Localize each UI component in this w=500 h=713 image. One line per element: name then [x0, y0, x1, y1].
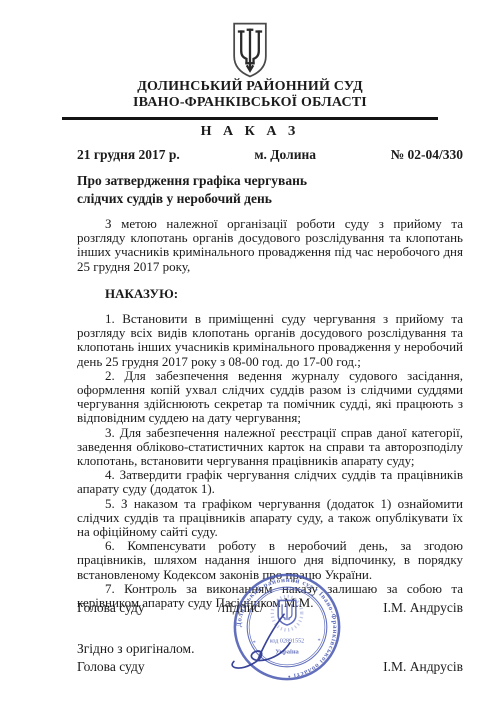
- svg-text:*: *: [253, 640, 256, 647]
- order-item-2: 2. Для забезпечення ведення журналу судо…: [77, 369, 463, 426]
- signature-row-2: Голова суду І.М. Андрусів: [77, 659, 463, 675]
- subject-line1: Про затвердження графіка чергувань: [77, 172, 307, 190]
- signer-title-1: Голова суду: [77, 600, 145, 615]
- signer-name-1: І.М. Андрусів: [383, 600, 463, 616]
- document-date: 21 грудня 2017 р.: [77, 147, 180, 163]
- order-item-5: 5. З наказом та графіком чергування (дод…: [77, 497, 463, 540]
- document-title: Н А К А З: [0, 124, 500, 140]
- court-name-line1: ДОЛИНСЬКИЙ РАЙОННИЙ СУД: [0, 79, 500, 95]
- order-word: НАКАЗУЮ:: [77, 287, 463, 301]
- subject-line2: слідчих суддів у неробочий день: [77, 190, 307, 208]
- order-item-3: 3. Для забезпечення належної реєстрації …: [77, 426, 463, 469]
- stamp-code-text: код 02891552: [270, 639, 304, 645]
- court-name-line2: ІВАНО-ФРАНКІВСЬКОЇ ОБЛАСТІ: [0, 95, 500, 111]
- document-number: № 02-04/330: [391, 147, 463, 163]
- order-item-1: 1. Встановити в приміщенні суду чергуван…: [77, 312, 463, 369]
- document-subject: Про затвердження графіка чергувань слідч…: [77, 172, 307, 207]
- document-body: З метою належної організації роботи суду…: [77, 217, 463, 610]
- header-divider: [62, 117, 438, 120]
- signer-title-2: Голова суду: [77, 659, 145, 675]
- document-meta-row: 21 грудня 2017 р. м. Долина № 02-04/330: [77, 147, 463, 163]
- order-item-4: 4. Затвердити графік чергування слідчих …: [77, 468, 463, 496]
- svg-text:*: *: [317, 638, 320, 645]
- document-place: м. Долина: [254, 147, 316, 163]
- preamble-paragraph: З метою належної організації роботи суду…: [77, 217, 463, 274]
- scanned-court-order-document: ДОЛИНСЬКИЙ РАЙОННИЙ СУД ІВАНО-ФРАНКІВСЬК…: [0, 0, 500, 713]
- court-name: ДОЛИНСЬКИЙ РАЙОННИЙ СУД ІВАНО-ФРАНКІВСЬК…: [0, 79, 500, 111]
- ukraine-trident-shield-icon: [228, 20, 272, 80]
- signature-note: /підпис/: [218, 600, 264, 616]
- certification-line: Згідно з оригіналом.: [77, 641, 194, 657]
- signature-row-1: Голова суду /підпис/ І.М. Андрусів: [77, 600, 463, 616]
- signer-name-2: І.М. Андрусів: [383, 659, 463, 675]
